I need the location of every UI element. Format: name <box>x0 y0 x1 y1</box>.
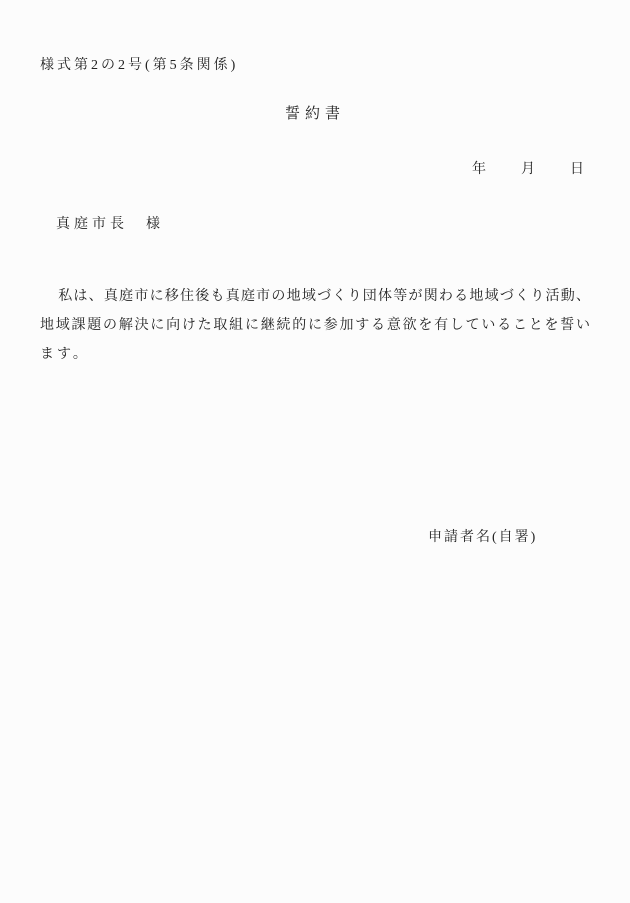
pledge-body-line-1: 私は、真庭市に移住後も真庭市の地域づくり団体等が関わる地域づくり活動、 <box>40 282 591 311</box>
date-year-label: 年 <box>472 162 488 177</box>
pledge-body-line-3: ます。 <box>40 340 591 369</box>
date-month-label: 月 <box>521 162 537 177</box>
applicant-signature-label: 申請者名(自署) <box>428 526 537 546</box>
pledge-document-page: 様式第2の2号(第5条関係) 誓約書 年月日 真庭市長 様 私は、真庭市に移住後… <box>0 0 630 903</box>
document-title: 誓約書 <box>0 102 630 123</box>
form-number: 様式第2の2号(第5条関係) <box>40 54 238 74</box>
pledge-body-line-2: 地域課題の解決に向けた取組に継続的に参加する意欲を有していることを誓い <box>40 311 591 340</box>
date-line: 年月日 <box>472 158 586 178</box>
date-day-label: 日 <box>570 162 586 177</box>
recipient-line: 真庭市長 様 <box>56 213 164 233</box>
pledge-body: 私は、真庭市に移住後も真庭市の地域づくり団体等が関わる地域づくり活動、 地域課題… <box>40 282 591 369</box>
